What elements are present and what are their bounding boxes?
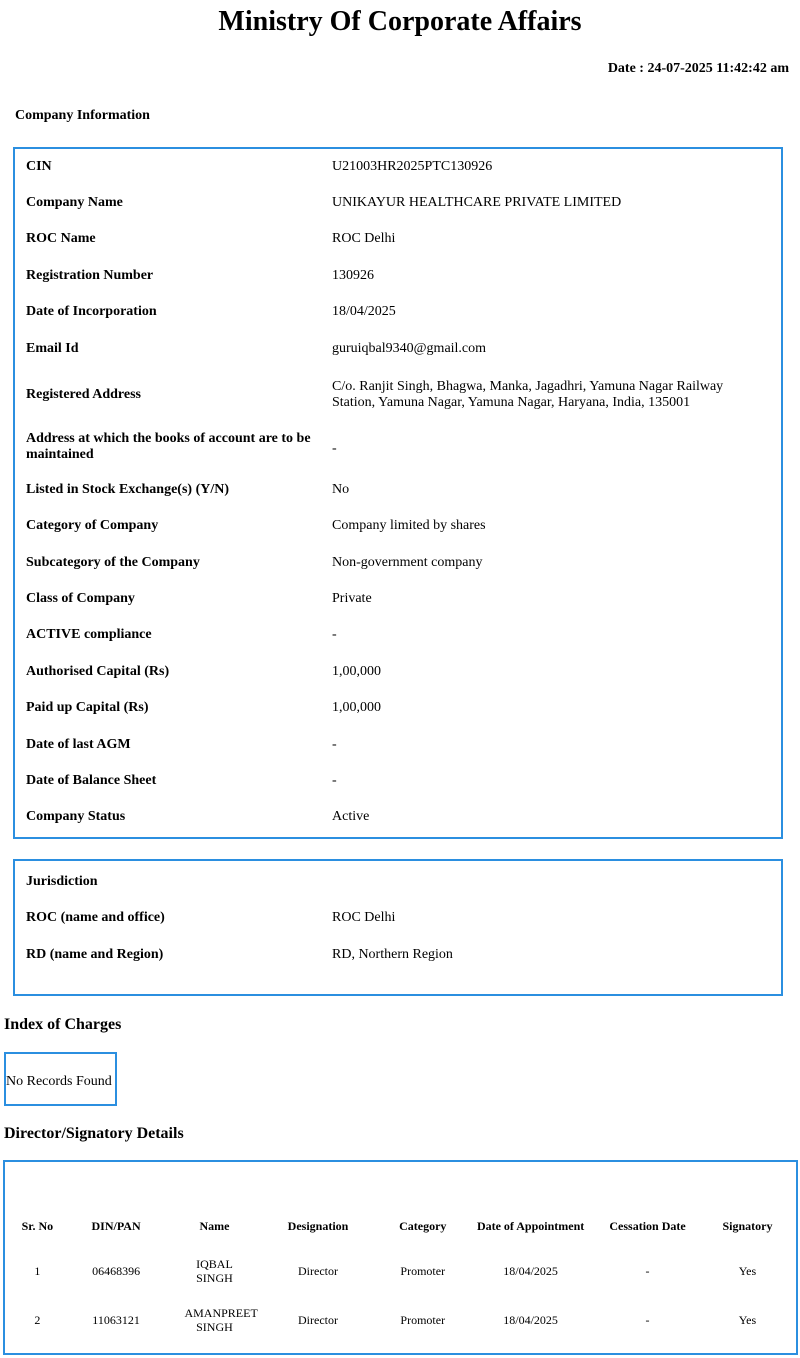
info-value: 1,00,000 <box>332 664 752 680</box>
table-row: 211063121AMANPREET SINGHDirectorPromoter… <box>11 1295 791 1344</box>
table-cell: - <box>591 1295 704 1344</box>
table-cell: 18/04/2025 <box>470 1246 591 1295</box>
director-name: IQBAL SINGH <box>184 1257 244 1285</box>
column-header: Sr. No <box>11 1206 64 1246</box>
page-title: Ministry Of Corporate Affairs <box>0 6 800 38</box>
info-value: Company limited by shares <box>332 518 752 534</box>
directors-table: Sr. NoDIN/PANNameDesignationCategoryDate… <box>11 1206 791 1344</box>
info-value: 130926 <box>332 268 752 284</box>
company-information-panel: CINU21003HR2025PTC130926Company NameUNIK… <box>13 147 783 839</box>
director-name: AMANPREET SINGH <box>184 1306 244 1334</box>
info-label: ROC Name <box>26 231 316 247</box>
info-value: U21003HR2025PTC130926 <box>332 159 752 175</box>
jurisdiction-label: ROC (name and office) <box>26 910 316 926</box>
info-label: Class of Company <box>26 591 316 607</box>
column-header: DIN/PAN <box>64 1206 169 1246</box>
info-label: ACTIVE compliance <box>26 627 316 643</box>
info-value: Private <box>332 591 752 607</box>
info-value: Non-government company <box>332 555 752 571</box>
jurisdiction-label: RD (name and Region) <box>26 947 316 963</box>
info-value: 1,00,000 <box>332 700 752 716</box>
jurisdiction-heading: Jurisdiction <box>26 874 98 890</box>
info-label: Date of Incorporation <box>26 304 316 320</box>
table-header-row: Sr. NoDIN/PANNameDesignationCategoryDate… <box>11 1206 791 1246</box>
info-value: - <box>332 441 752 457</box>
info-value: UNIKAYUR HEALTHCARE PRIVATE LIMITED <box>332 195 752 211</box>
info-label: Registration Number <box>26 268 316 284</box>
info-label: CIN <box>26 159 316 175</box>
table-cell: Director <box>261 1246 376 1295</box>
info-value: - <box>332 737 752 753</box>
info-value: Active <box>332 809 752 825</box>
info-value: No <box>332 482 752 498</box>
table-cell: 11063121 <box>64 1295 169 1344</box>
info-label: Company Status <box>26 809 316 825</box>
table-row: 106468396IQBAL SINGHDirectorPromoter18/0… <box>11 1246 791 1295</box>
info-label: Company Name <box>26 195 316 211</box>
company-information-label: Company Information <box>15 108 150 124</box>
info-label: Listed in Stock Exchange(s) (Y/N) <box>26 482 316 498</box>
index-of-charges-panel: No Records Found <box>4 1052 117 1106</box>
table-cell: AMANPREET SINGH <box>168 1295 260 1344</box>
table-cell: 2 <box>11 1295 64 1344</box>
info-label: Subcategory of the Company <box>26 555 316 571</box>
table-cell: Promoter <box>375 1246 470 1295</box>
info-label: Email Id <box>26 341 316 357</box>
info-value: - <box>332 773 752 789</box>
info-label: Paid up Capital (Rs) <box>26 700 316 716</box>
column-header: Signatory <box>704 1206 791 1246</box>
info-label: Date of Balance Sheet <box>26 773 316 789</box>
info-value: 18/04/2025 <box>332 304 752 320</box>
table-cell: 18/04/2025 <box>470 1295 591 1344</box>
info-label: Date of last AGM <box>26 737 316 753</box>
column-header: Designation <box>261 1206 376 1246</box>
info-label: Category of Company <box>26 518 316 534</box>
info-value[interactable]: guruiqbal9340@gmail.com <box>332 341 752 357</box>
table-cell: IQBAL SINGH <box>168 1246 260 1295</box>
column-header: Cessation Date <box>591 1206 704 1246</box>
info-value: - <box>332 627 752 643</box>
table-cell: Promoter <box>375 1295 470 1344</box>
table-cell: Director <box>261 1295 376 1344</box>
info-value: C/o. Ranjit Singh, Bhagwa, Manka, Jagadh… <box>332 379 752 411</box>
info-label: Authorised Capital (Rs) <box>26 664 316 680</box>
column-header: Name <box>168 1206 260 1246</box>
table-cell: 06468396 <box>64 1246 169 1295</box>
no-records-message: No Records Found <box>6 1055 112 1109</box>
jurisdiction-panel: Jurisdiction ROC (name and office)ROC De… <box>13 859 783 996</box>
director-details-panel: Sr. NoDIN/PANNameDesignationCategoryDate… <box>3 1160 798 1355</box>
director-details-heading: Director/Signatory Details <box>4 1125 184 1143</box>
info-value: ROC Delhi <box>332 231 752 247</box>
column-header: Category <box>375 1206 470 1246</box>
jurisdiction-value: ROC Delhi <box>332 910 752 926</box>
table-cell: Yes <box>704 1246 791 1295</box>
report-date: Date : 24-07-2025 11:42:42 am <box>608 61 789 77</box>
table-cell: Yes <box>704 1295 791 1344</box>
table-cell: 1 <box>11 1246 64 1295</box>
info-label: Registered Address <box>26 387 316 403</box>
jurisdiction-value: RD, Northern Region <box>332 947 752 963</box>
info-label: Address at which the books of account ar… <box>26 431 316 463</box>
index-of-charges-heading: Index of Charges <box>4 1016 121 1034</box>
table-cell: - <box>591 1246 704 1295</box>
column-header: Date of Appointment <box>470 1206 591 1246</box>
